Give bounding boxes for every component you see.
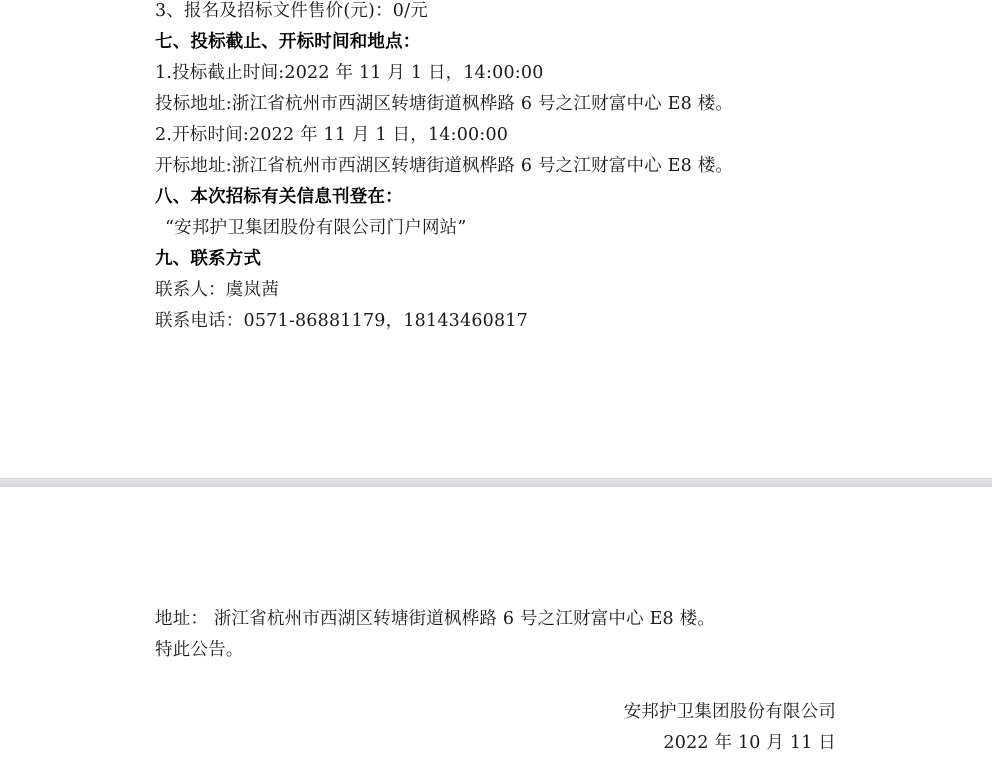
contact-person-line: 联系人：虞岚茜 [155,279,279,301]
section-9-heading: 九、联系方式 [155,248,261,270]
contact-phone-line: 联系电话：0571-86881179，18143460817 [155,310,528,332]
tender-fee-line: 3、报名及招标文件售价(元)：0/元 [155,0,428,22]
opening-time-line: 2.开标时间:2022 年 11 月 1 日，14:00:00 [155,124,508,146]
signature-company: 安邦护卫集团股份有限公司 [624,701,836,723]
signature-date: 2022 年 10 月 11 日 [663,732,836,754]
bid-deadline-line: 1.投标截止时间:2022 年 11 月 1 日，14:00:00 [155,62,544,84]
bid-address-line: 投标地址:浙江省杭州市西湖区转塘街道枫桦路 6 号之江财富中心 E8 楼。 [155,93,733,115]
document-page-2: 地址： 浙江省杭州市西湖区转塘街道枫桦路 6 号之江财富中心 E8 楼。 特此公… [0,487,992,758]
document-page-1: 3、报名及招标文件售价(元)：0/元 七、投标截止、开标时间和地点： 1.投标截… [0,0,992,478]
section-7-heading: 七、投标截止、开标时间和地点： [155,31,421,53]
section-8-heading: 八、本次招标有关信息刊登在： [155,186,403,208]
publication-site-line: “安邦护卫集团股份有限公司门户网站” [165,217,467,239]
opening-address-line: 开标地址:浙江省杭州市西湖区转塘街道枫桦路 6 号之江财富中心 E8 楼。 [155,155,733,177]
page-separator [0,478,992,487]
closing-line: 特此公告。 [155,639,244,661]
address-line: 地址： 浙江省杭州市西湖区转塘街道枫桦路 6 号之江财富中心 E8 楼。 [155,608,715,630]
